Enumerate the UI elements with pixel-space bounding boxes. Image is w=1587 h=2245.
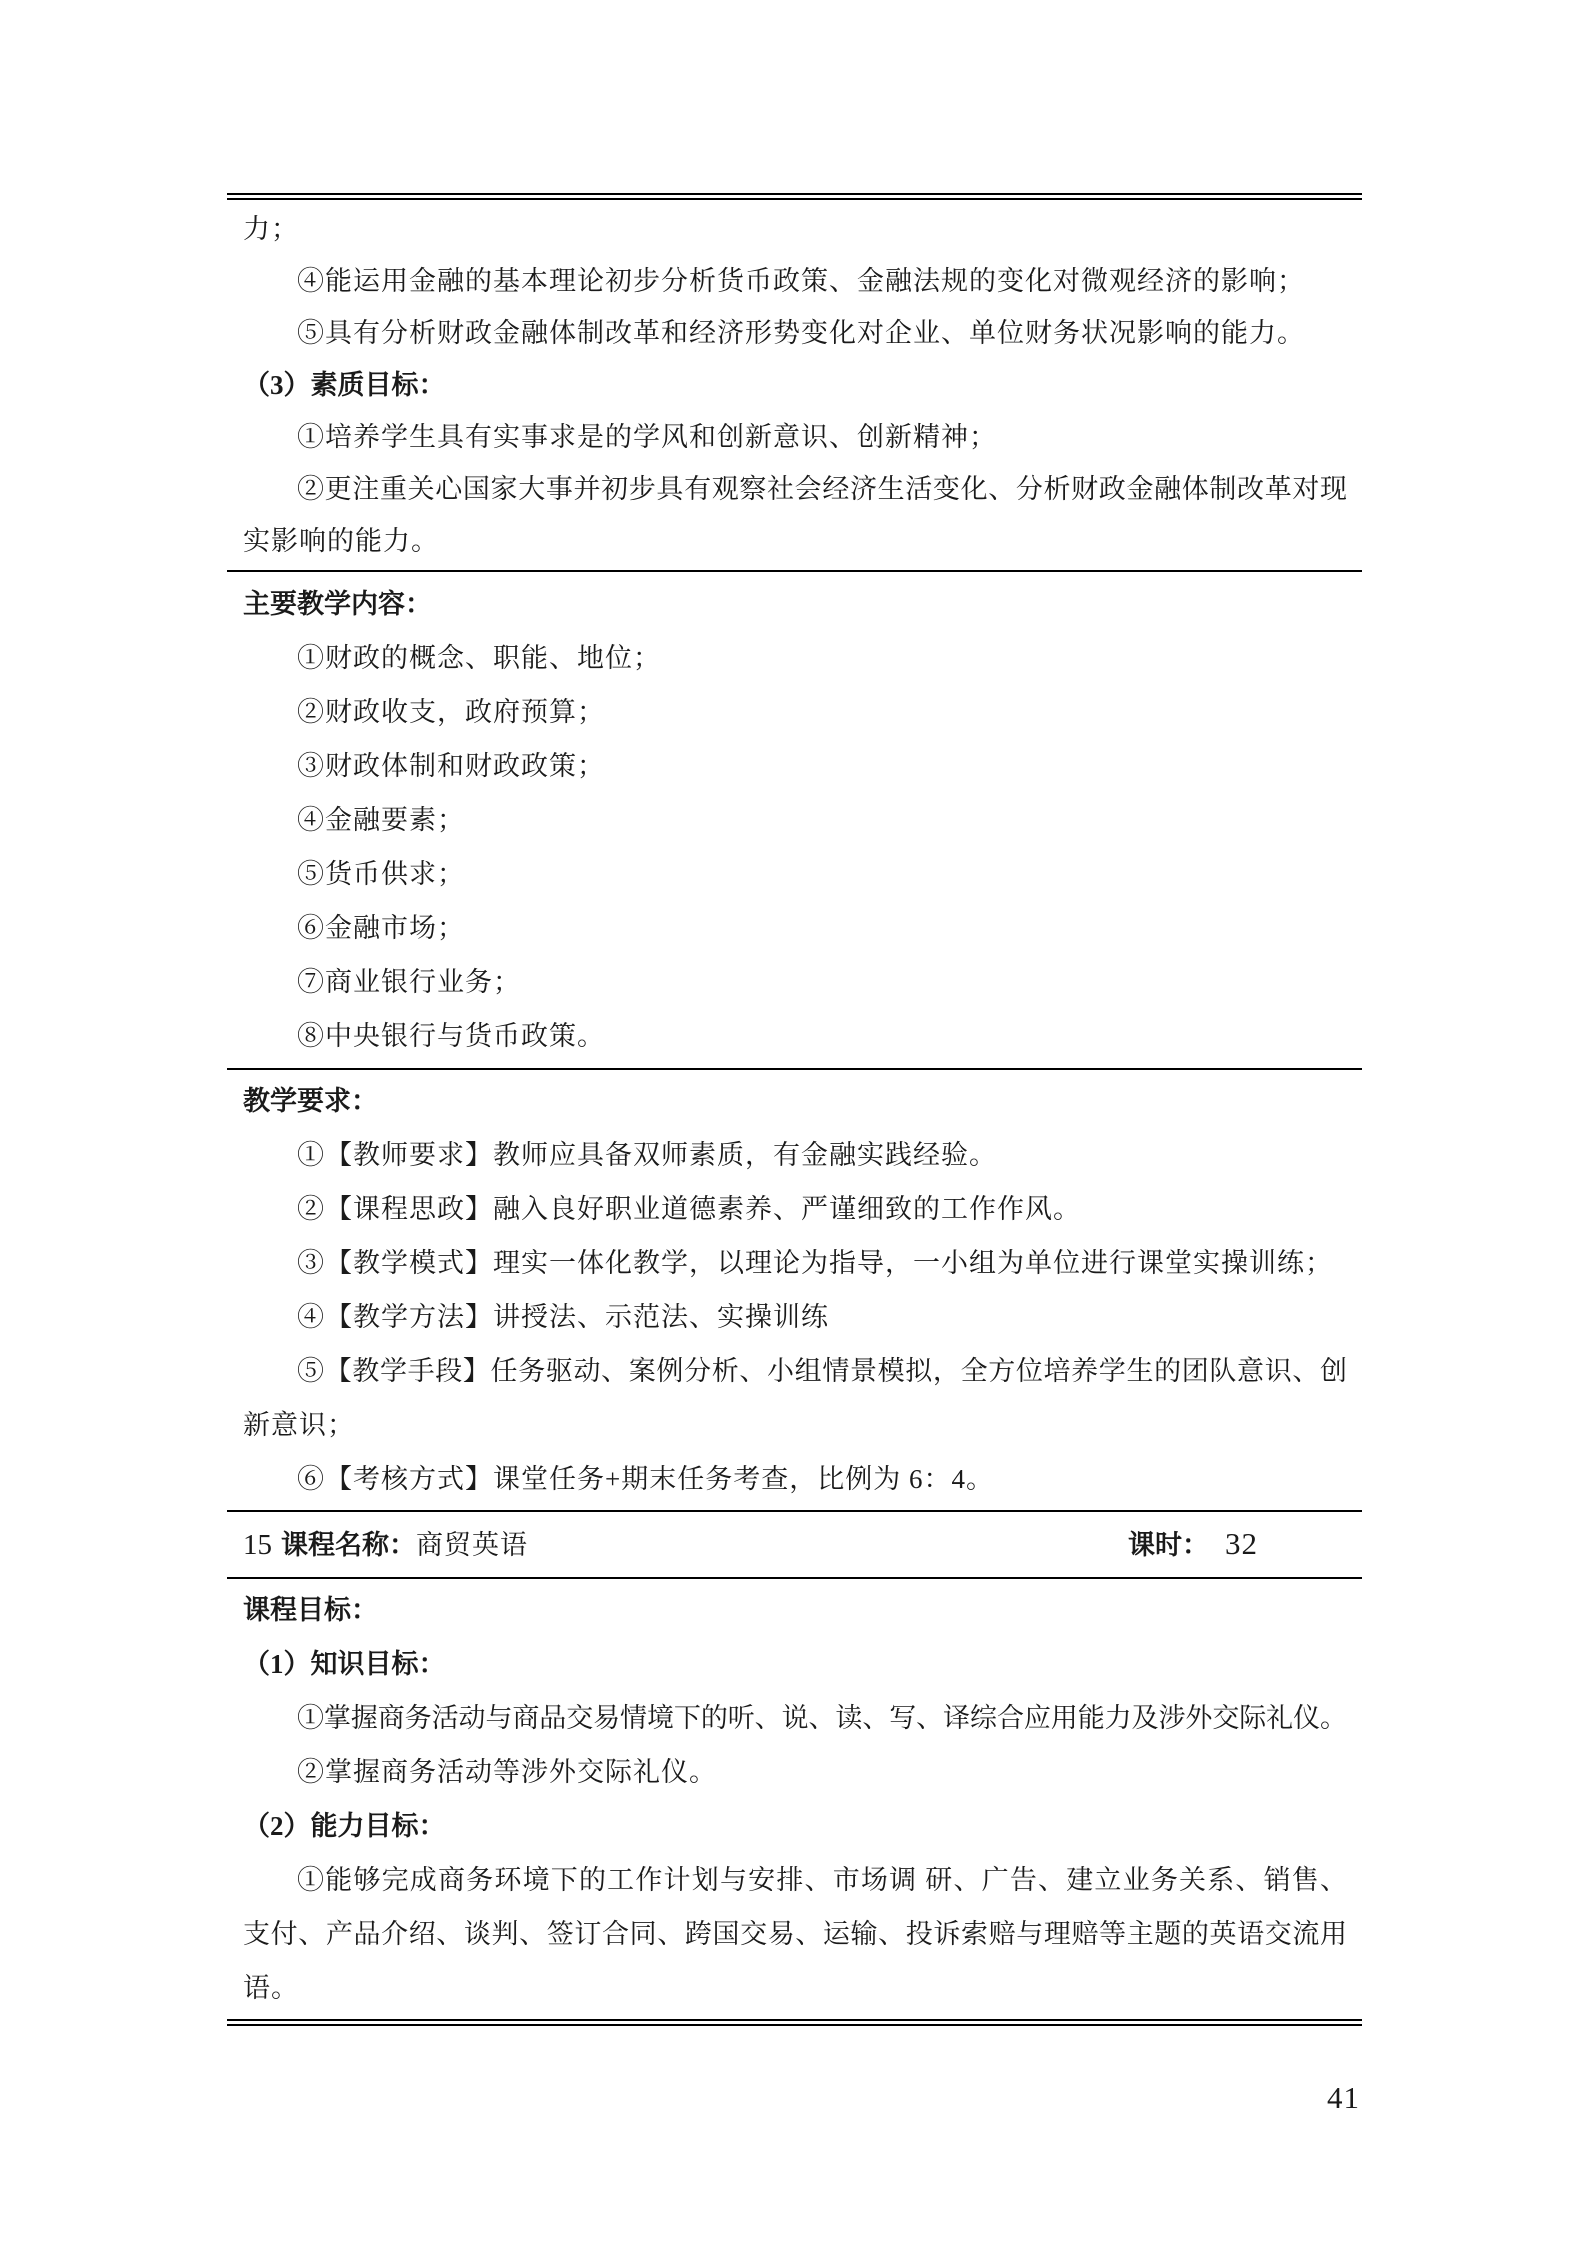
text-line: 支付、产品介绍、谈判、签订合同、跨国交易、运输、投诉索赔与理赔等主题的英语交流用 xyxy=(243,1907,1346,1961)
text-line: （3）素质目标： xyxy=(243,359,1346,411)
text-line: ①掌握商务活动与商品交易情境下的听、说、读、写、译综合应用能力及涉外交际礼仪。 xyxy=(243,1691,1346,1745)
text-line: ④金融要素； xyxy=(243,793,1346,847)
course-name-label: 课程名称： xyxy=(281,1530,416,1560)
text-line: 语。 xyxy=(243,1961,1346,2015)
text-line: 实影响的能力。 xyxy=(243,515,1346,567)
course-number: 15 xyxy=(243,1529,272,1561)
course-hours-value: 32 xyxy=(1225,1526,1258,1561)
text-line: ③【教学模式】理实一体化教学，以理论为指导，一小组为单位进行课堂实操训练； xyxy=(243,1236,1346,1290)
syllabus-table: 力；④能运用金融的基本理论初步分析货币政策、金融法规的变化对微观经济的影响；⑤具… xyxy=(227,193,1362,2026)
text-line: ②掌握商务活动等涉外交际礼仪。 xyxy=(243,1745,1346,1799)
course-hours-group: 课时：32 xyxy=(1128,1517,1267,1572)
text-line: 课程目标： xyxy=(243,1583,1346,1637)
document-page: 力；④能运用金融的基本理论初步分析货币政策、金融法规的变化对微观经济的影响；⑤具… xyxy=(0,0,1587,2245)
table-row-course-title-bar: 15课程名称：商贸英语课时：32 xyxy=(227,1512,1362,1579)
table-row-course-objectives: 课程目标：（1）知识目标：①掌握商务活动与商品交易情境下的听、说、读、写、译综合… xyxy=(227,1579,1362,2019)
text-line: 力； xyxy=(243,203,1346,255)
text-line: 新意识； xyxy=(243,1398,1346,1452)
text-line: ①培养学生具有实事求是的学风和创新意识、创新精神； xyxy=(243,411,1346,463)
text-line: ②更注重关心国家大事并初步具有观察社会经济生活变化、分析财政金融体制改革对现 xyxy=(243,463,1346,515)
text-line: ⑤货币供求； xyxy=(243,847,1346,901)
text-line: 主要教学内容： xyxy=(243,577,1346,631)
course-hours-label: 课时： xyxy=(1128,1530,1209,1560)
text-line: （2）能力目标： xyxy=(243,1799,1346,1853)
text-line: （1）知识目标： xyxy=(243,1637,1346,1691)
text-line: ⑦商业银行业务； xyxy=(243,955,1346,1009)
table-row-main-teaching-content: 主要教学内容：①财政的概念、职能、地位；②财政收支，政府预算；③财政体制和财政政… xyxy=(227,572,1362,1070)
text-line: ⑥金融市场； xyxy=(243,901,1346,955)
course-name-group: 15课程名称：商贸英语 xyxy=(243,1518,528,1572)
table-row-teaching-requirements: 教学要求：①【教师要求】教师应具备双师素质，有金融实践经验。②【课程思政】融入良… xyxy=(227,1070,1362,1512)
table-row-objectives-continued: 力；④能运用金融的基本理论初步分析货币政策、金融法规的变化对微观经济的影响；⑤具… xyxy=(227,200,1362,572)
text-line: ③财政体制和财政政策； xyxy=(243,739,1346,793)
text-line: ④能运用金融的基本理论初步分析货币政策、金融法规的变化对微观经济的影响； xyxy=(243,255,1346,307)
text-line: ①【教师要求】教师应具备双师素质，有金融实践经验。 xyxy=(243,1128,1346,1182)
text-line: 教学要求： xyxy=(243,1074,1346,1128)
text-line: ⑤具有分析财政金融体制改革和经济形势变化对企业、单位财务状况影响的能力。 xyxy=(243,307,1346,359)
text-line: ⑧中央银行与货币政策。 xyxy=(243,1009,1346,1063)
course-name-value: 商贸英语 xyxy=(416,1530,528,1560)
page-number: 41 xyxy=(1327,2080,1360,2116)
text-line: ①能够完成商务环境下的工作计划与安排、市场调 研、广告、建立业务关系、销售、 xyxy=(243,1853,1346,1907)
text-line: ②财政收支，政府预算； xyxy=(243,685,1346,739)
text-line: ②【课程思政】融入良好职业道德素养、严谨细致的工作作风。 xyxy=(243,1182,1346,1236)
text-line: ⑤【教学手段】任务驱动、案例分析、小组情景模拟，全方位培养学生的团队意识、创 xyxy=(243,1344,1346,1398)
text-line: ④【教学方法】讲授法、示范法、实操训练 xyxy=(243,1290,1346,1344)
text-line: ①财政的概念、职能、地位； xyxy=(243,631,1346,685)
text-line: ⑥【考核方式】课堂任务+期末任务考查，比例为 6：4。 xyxy=(243,1452,1346,1506)
